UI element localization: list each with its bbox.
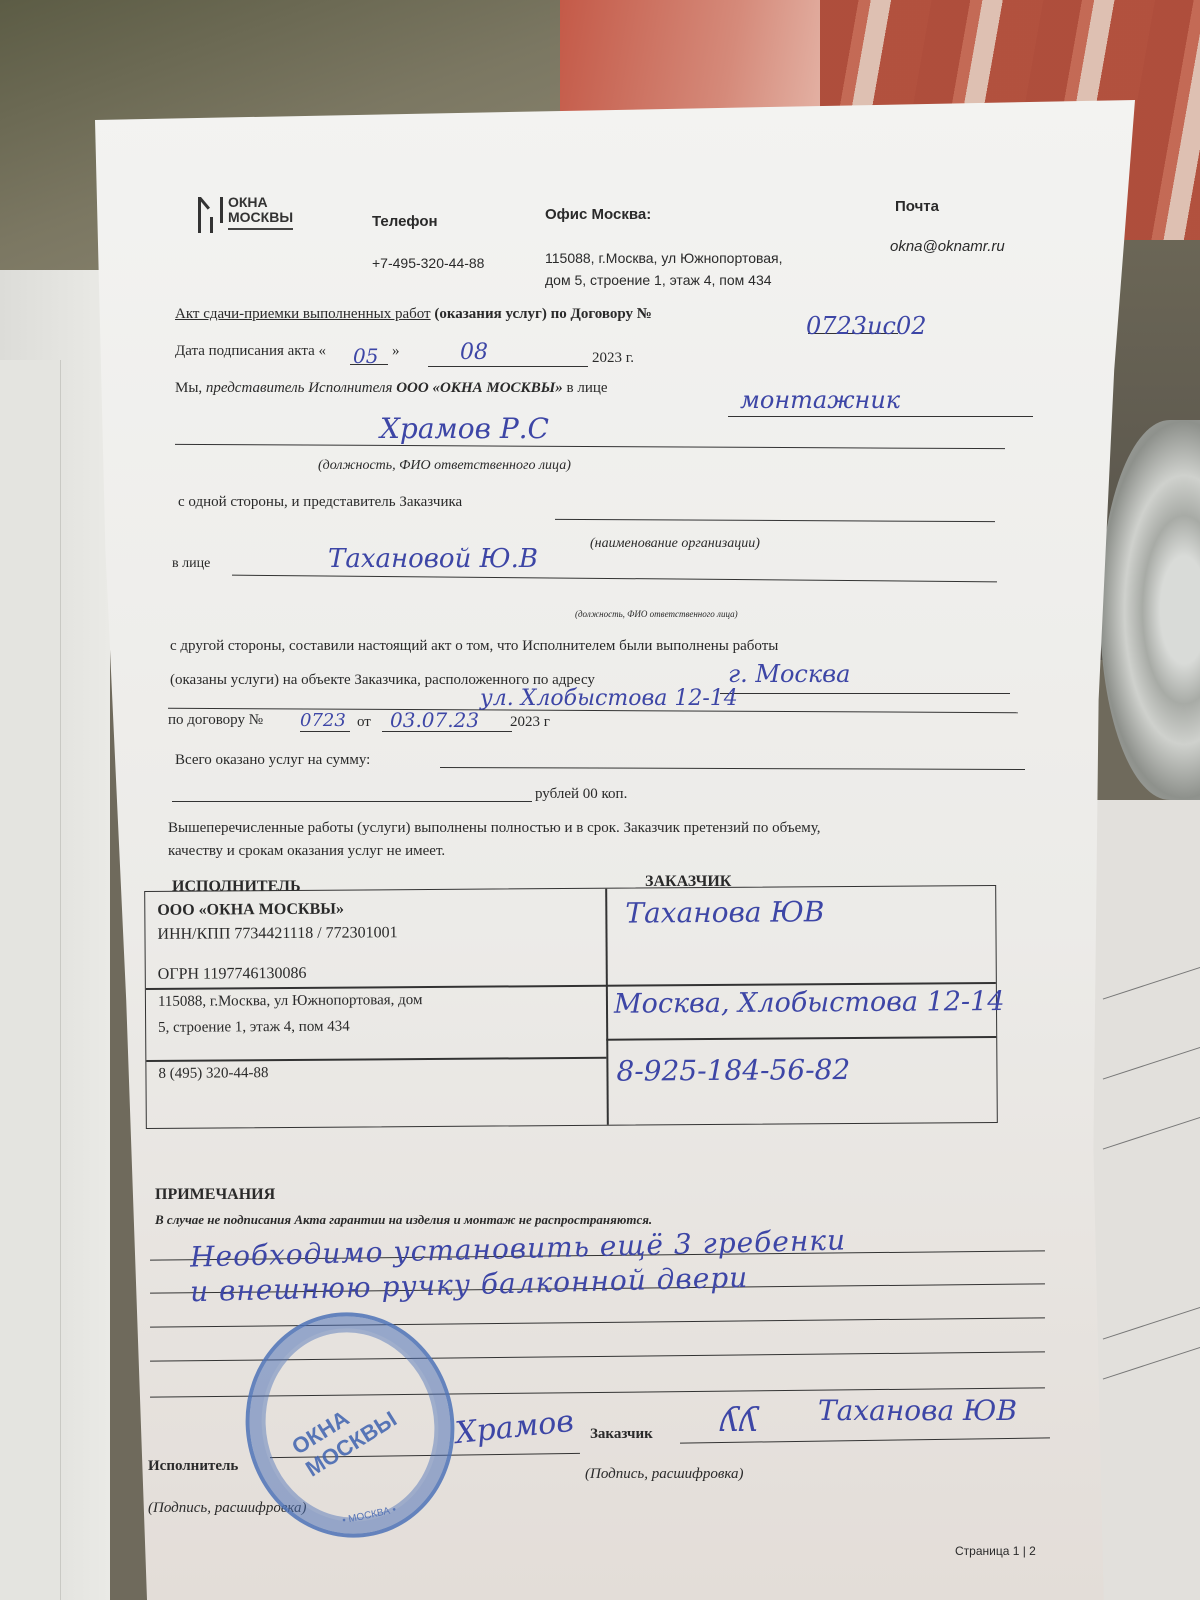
customer-signature-label: Заказчик xyxy=(590,1426,653,1443)
office-address-line-1: 115088, г.Москва, ул Южнопортовая, xyxy=(545,250,783,266)
caption-position-name: (должность, ФИО ответственного лица) xyxy=(318,458,571,474)
contract-ref-label: по договору № xyxy=(168,712,263,729)
signing-day-handwritten: 05 xyxy=(353,344,378,368)
contract-number-handwritten: 0723ис02 xyxy=(806,312,927,340)
act-title-main: Акт сдачи-приемки выполненных работ xyxy=(175,306,431,322)
executor-signature-label: Исполнитель xyxy=(148,1458,238,1475)
office-label: Офис Москва: xyxy=(545,206,651,223)
background-paper-left-under xyxy=(0,360,61,1600)
contract-year: 2023 г xyxy=(510,714,550,731)
rubles-label: рублей 00 коп. xyxy=(535,786,627,803)
executor-position-handwritten: монтажник xyxy=(740,386,900,414)
signing-year: 2023 г. xyxy=(592,350,634,367)
contract-ref-number-handwritten: 0723 xyxy=(300,710,346,731)
page-number: Страница 1 | 2 xyxy=(955,1544,1036,1558)
phone-value: +7-495-320-44-88 xyxy=(372,255,484,271)
phone-label: Телефон xyxy=(372,213,438,230)
contract-date-handwritten: 03.07.23 xyxy=(390,708,479,732)
act-title: Акт сдачи-приемки выполненных работ (ока… xyxy=(175,306,652,323)
executor-address-1: 115088, г.Москва, ул Южнопортовая, дом xyxy=(158,992,423,1011)
executor-ogrn: ОГРН 1197746130086 xyxy=(158,965,307,984)
mail-value: okna@oknamr.ru xyxy=(890,238,1005,255)
completion-statement-1: Вышеперечисленные работы (услуги) выполн… xyxy=(168,820,820,837)
contract-from-label: от xyxy=(357,714,371,731)
other-side-text: с другой стороны, составили настоящий ак… xyxy=(170,638,778,655)
office-address-line-2: дом 5, строение 1, этаж 4, пом 434 xyxy=(545,272,772,288)
mail-label: Почта xyxy=(895,198,939,215)
customer-address-cell-handwritten: Москва, Хлобыстова 12-14 xyxy=(614,986,1005,1020)
executor-address-2: 5, строение 1, этаж 4, пом 434 xyxy=(158,1019,350,1037)
executor-company-name: ООО «ОКНА МОСКВЫ» xyxy=(157,901,344,920)
parties-details-table: ООО «ОКНА МОСКВЫ» ИНН/КПП 7734421118 / 7… xyxy=(144,885,998,1129)
signing-month-handwritten: 08 xyxy=(460,340,488,365)
signing-date-quote: » xyxy=(392,343,400,360)
logo-line-2: МОСКВЫ xyxy=(228,210,293,225)
logo-mark-icon xyxy=(198,195,228,233)
caption-position-name-small: (должность, ФИО ответственного лица) xyxy=(575,609,738,619)
in-person-label: в лице xyxy=(172,556,210,572)
customer-name-cell-handwritten: Таханова ЮВ xyxy=(625,895,824,929)
company-logo: ОКНА МОСКВЫ xyxy=(198,195,293,233)
customer-signature-caption: (Подпись, расшифровка) xyxy=(585,1466,743,1483)
completion-statement-2: качеству и срокам оказания услуг не имее… xyxy=(168,843,445,860)
executor-phone: 8 (495) 320-44-88 xyxy=(158,1065,268,1083)
logo-line-1: ОКНА xyxy=(228,195,293,210)
executor-intro: Мы, представитель Исполнителя ООО «ОКНА … xyxy=(175,380,608,397)
notes-heading: ПРИМЕЧАНИЯ xyxy=(155,1186,275,1204)
address-handwritten-2: ул. Хлобыстова 12-14 xyxy=(480,686,738,711)
customer-name-handwritten: Тахановой Ю.В xyxy=(328,544,538,574)
address-handwritten-1: г. Москва xyxy=(728,660,850,688)
stamp-logo-text: ОКНА МОСКВЫ xyxy=(287,1353,450,1482)
total-amount-label: Всего оказано услуг на сумму: xyxy=(175,752,370,769)
signing-date-label: Дата подписания акта « xyxy=(175,343,326,360)
executor-inn-kpp: ИНН/КПП 7734421118 / 772301001 xyxy=(157,924,397,944)
one-side-text: с одной стороны, и представитель Заказчи… xyxy=(178,494,462,511)
act-title-contract: (оказания услуг) по Договору № xyxy=(434,306,652,322)
executor-name-handwritten: Храмов Р.С xyxy=(380,412,549,445)
customer-phone-cell-handwritten: 8-925-184-56-82 xyxy=(616,1053,850,1088)
customer-signature-mark: ʎʎ xyxy=(720,1400,758,1440)
customer-signature-handwritten: Таханова ЮВ xyxy=(818,1394,1017,1427)
caption-organization: (наименование организации) xyxy=(590,536,760,552)
notes-warranty-warning: В случае не подписания Акта гарантии на … xyxy=(155,1212,652,1228)
